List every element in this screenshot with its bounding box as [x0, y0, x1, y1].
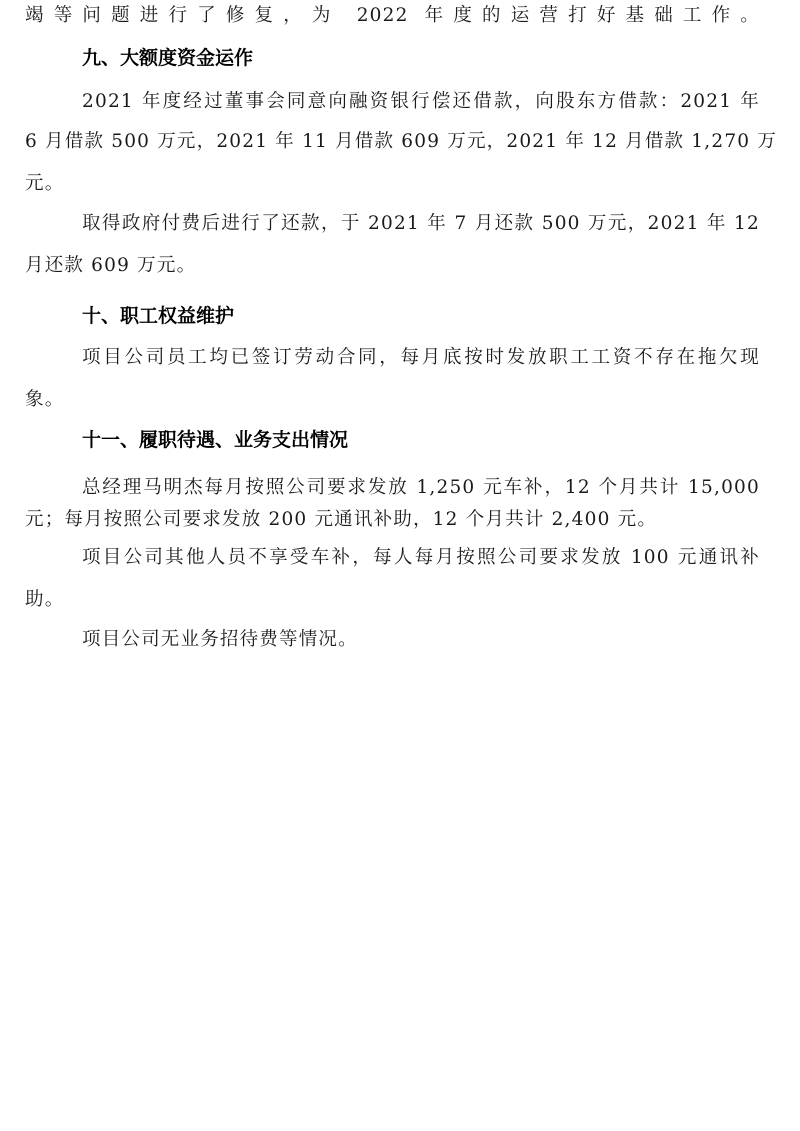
paragraph-line: 总经理马明杰每月按照公司要求发放 1,250 元车补，12 个月共计 15,00… — [82, 476, 760, 500]
paragraph-line: 项目公司无业务招待费等情况。 — [82, 628, 358, 652]
section-heading-duty-expenses: 十一、履职待遇、业务支出情况 — [82, 428, 348, 452]
paragraph-line: 助。 — [25, 588, 64, 612]
paragraph-line: 竭等问题进行了修复，为 2022 年度的运营打好基础工作。 — [25, 4, 760, 28]
section-heading-employee-rights: 十、职工权益维护 — [82, 304, 234, 328]
paragraph-line: 项目公司其他人员不享受车补，每人每月按照公司要求发放 100 元通讯补 — [82, 546, 760, 570]
paragraph-line: 取得政府付费后进行了还款，于 2021 年 7 月还款 500 万元，2021 … — [82, 212, 760, 236]
paragraph-line: 6 月借款 500 万元，2021 年 11 月借款 609 万元，2021 年… — [25, 130, 760, 154]
paragraph-line: 元；每月按照公司要求发放 200 元通讯补助，12 个月共计 2,400 元。 — [25, 508, 657, 532]
document-page: 竭等问题进行了修复，为 2022 年度的运营打好基础工作。 九、大额度资金运作 … — [0, 0, 800, 1131]
paragraph-line: 项目公司员工均已签订劳动合同，每月底按时发放职工工资不存在拖欠现 — [82, 346, 760, 370]
paragraph-line: 月还款 609 万元。 — [25, 254, 196, 278]
paragraph-line: 象。 — [25, 388, 64, 412]
section-heading-capital-operations: 九、大额度资金运作 — [82, 46, 253, 70]
paragraph-line: 2021 年度经过董事会同意向融资银行偿还借款，向股东方借款：2021 年 — [82, 90, 760, 114]
paragraph-line: 元。 — [25, 172, 64, 196]
